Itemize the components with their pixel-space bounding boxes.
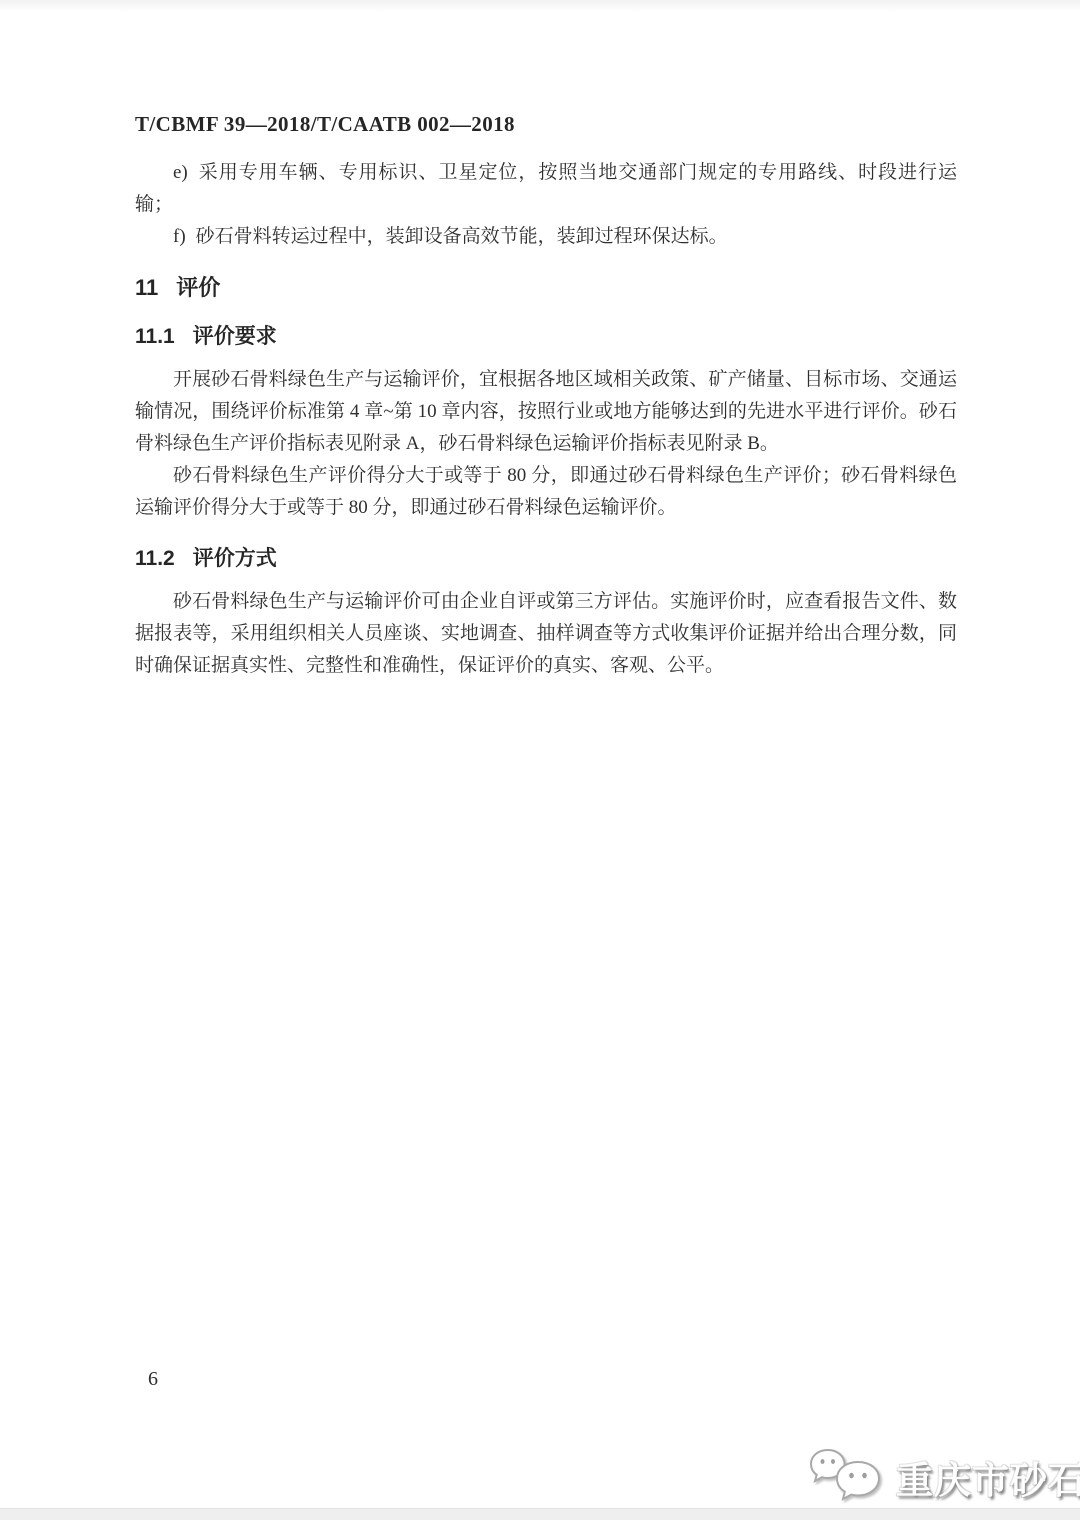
scan-edge-shading bbox=[0, 0, 1080, 12]
clause-item-e: e)采用专用车辆、专用标识、卫星定位，按照当地交通部门规定的专用路线、时段进行运… bbox=[135, 157, 957, 221]
paragraph: 开展砂石骨料绿色生产与运输评价，宜根据各地区域相关政策、矿产储量、目标市场、交通… bbox=[135, 364, 957, 460]
subsection-heading-11-1: 11.1评价要求 bbox=[135, 320, 957, 350]
subsection-heading-11-2: 11.2评价方式 bbox=[135, 542, 957, 572]
subsection-number: 11.2 bbox=[135, 547, 175, 570]
page-number: 6 bbox=[148, 1368, 158, 1391]
standard-number-header: T/CBMF 39—2018/T/CAATB 002—2018 bbox=[135, 112, 957, 137]
clause-label: e) bbox=[173, 162, 188, 183]
scanned-document-page: { "document": { "header_code": "T/CBMF 3… bbox=[0, 0, 1080, 1520]
clause-item-f: f)砂石骨料转运过程中，装卸设备高效节能，装卸过程环保达标。 bbox=[135, 221, 957, 253]
paragraph: 砂石骨料绿色生产评价得分大于或等于 80 分，即通过砂石骨料绿色生产评价；砂石骨… bbox=[135, 460, 957, 524]
wechat-chat-bubbles-icon bbox=[806, 1446, 888, 1508]
clause-text: 砂石骨料转运过程中，装卸设备高效节能，装卸过程环保达标。 bbox=[196, 226, 728, 247]
paragraph: 砂石骨料绿色生产与运输评价可由企业自评或第三方评估。实施评价时，应查看报告文件、… bbox=[135, 586, 957, 682]
subsection-title: 评价方式 bbox=[193, 547, 277, 570]
watermark-text: 重庆市砂石协会 bbox=[896, 1450, 1080, 1504]
section-title: 评价 bbox=[176, 275, 220, 300]
scan-footer-strip bbox=[0, 1508, 1080, 1520]
clause-label: f) bbox=[173, 226, 186, 247]
association-watermark: 重庆市砂石协会 bbox=[806, 1446, 1080, 1508]
section-number: 11 bbox=[135, 275, 158, 300]
document-content: T/CBMF 39—2018/T/CAATB 002—2018 e)采用专用车辆… bbox=[135, 112, 957, 682]
subsection-number: 11.1 bbox=[135, 325, 175, 348]
clause-text: 采用专用车辆、专用标识、卫星定位，按照当地交通部门规定的专用路线、时段进行运输； bbox=[135, 162, 957, 215]
subsection-title: 评价要求 bbox=[193, 325, 277, 348]
section-heading-11: 11评价 bbox=[135, 271, 957, 302]
